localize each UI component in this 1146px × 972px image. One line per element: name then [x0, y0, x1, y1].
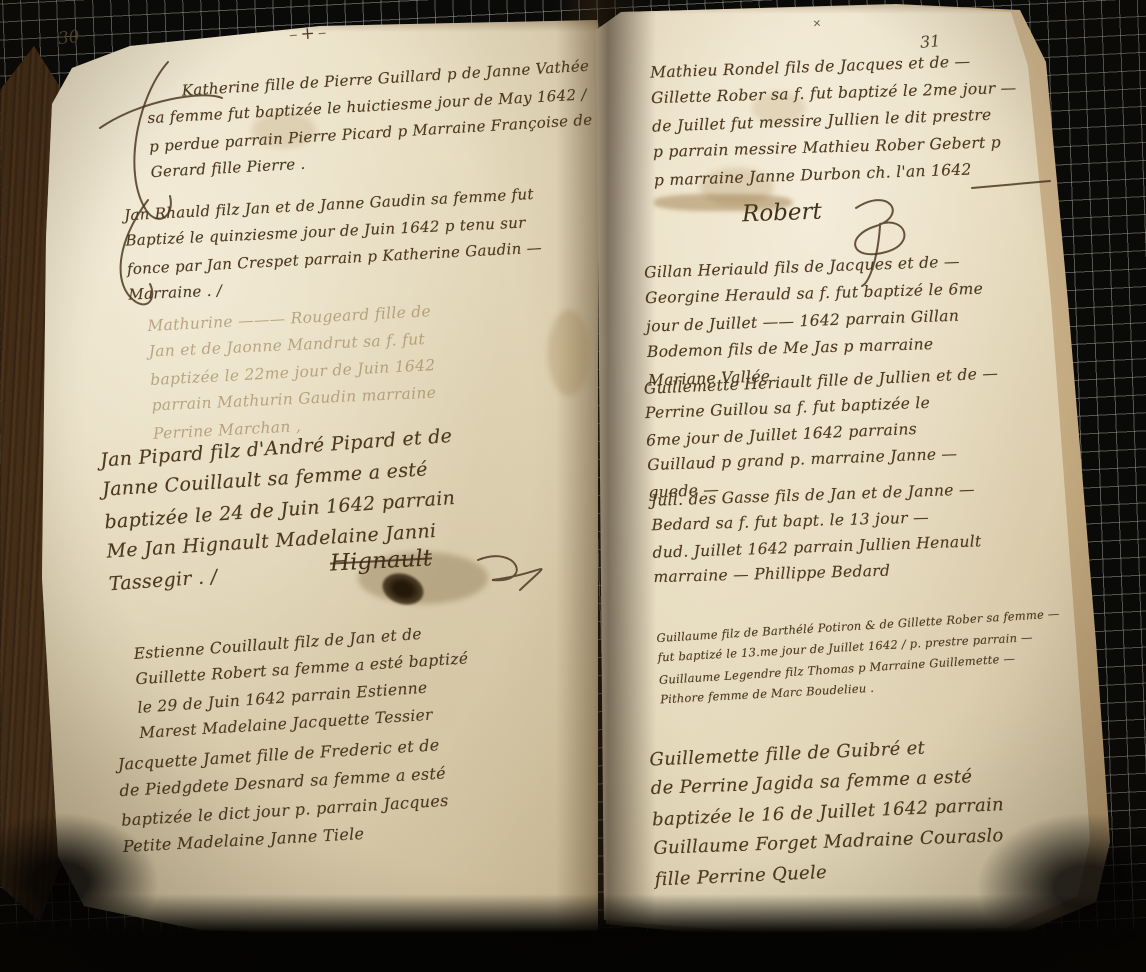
handwriting-layer: 30 31 + + Katherine fille de Pierre Guil…: [0, 0, 1146, 972]
cross-mark-left: +: [285, 23, 330, 46]
baptism-entry: Jan Rhauld filz Jan et de Janne Gaudin s…: [123, 178, 598, 310]
baptism-entry: Jull. des Gasse fils de Jan et de Janne …: [650, 472, 1098, 591]
folio-number-right: 31: [919, 31, 941, 52]
manuscript-photo: 30 31 + + Katherine fille de Pierre Guil…: [0, 0, 1146, 972]
signature-robert: Robert: [742, 199, 823, 228]
baptism-entry: Katherine fille de Pierre Guillard p de …: [145, 52, 601, 187]
bottom-shadow: [0, 894, 1146, 972]
baptism-entry: Mathieu Rondel fils de Jacques et de — G…: [650, 44, 1089, 194]
signature-hignault: Hignault: [329, 545, 432, 576]
bottom-right-shadow: [976, 812, 1146, 962]
cross-mark-right: +: [809, 14, 826, 31]
bottom-left-shadow: [0, 812, 160, 952]
baptism-entry-small: Guillaume filz de Barthélé Potiron & de …: [656, 600, 1120, 712]
folio-number-left: 30: [57, 27, 81, 49]
